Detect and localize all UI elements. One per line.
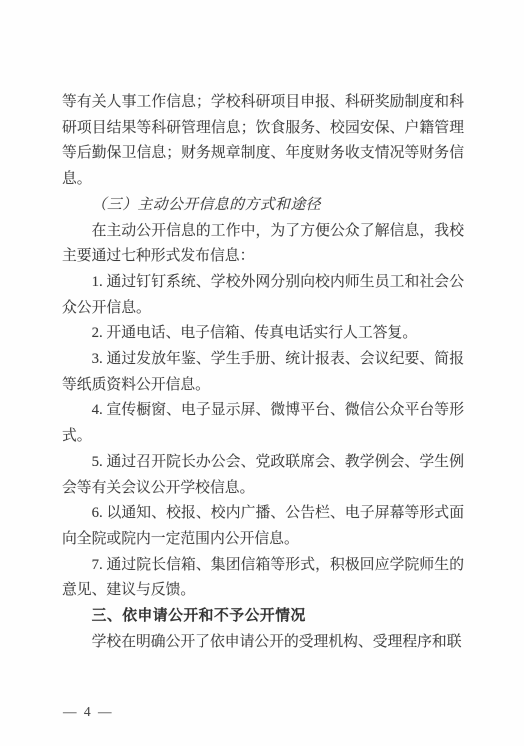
list-item-2: 2. 开通电话、电子信箱、传真电话实行人工答复。 xyxy=(62,321,464,347)
section-heading-three: （三）主动公开信息的方式和途径 xyxy=(62,193,464,219)
list-item-4: 4. 宣传橱窗、电子显示屏、微博平台、微信公众平台等形式。 xyxy=(62,398,464,449)
list-item-3: 3. 通过发放年鉴、学生手册、统计报表、会议纪要、简报等纸质资料公开信息。 xyxy=(62,347,464,398)
paragraph-continuation: 等有关人事工作信息；学校科研项目申报、科研奖励制度和科研项目结果等科研管理信息；… xyxy=(62,90,464,193)
paragraph-last: 学校在明确公开了依申请公开的受理机构、受理程序和联 xyxy=(62,630,464,656)
list-item-5: 5. 通过召开院长办公会、党政联席会、教学例会、学生例会等有关会议公开学校信息。 xyxy=(62,450,464,501)
document-page: 等有关人事工作信息；学校科研项目申报、科研奖励制度和科研项目结果等科研管理信息；… xyxy=(0,0,524,746)
document-text-block: 等有关人事工作信息；学校科研项目申报、科研奖励制度和科研项目结果等科研管理信息；… xyxy=(62,90,464,655)
paragraph-intro: 在主动公开信息的工作中，为了方便公众了解信息，我校主要通过七种形式发布信息： xyxy=(62,219,464,270)
page-number: — 4 — xyxy=(63,704,114,720)
list-item-6: 6. 以通知、校报、校内广播、公告栏、电子屏幕等形式面向全院或院内一定范围内公开… xyxy=(62,501,464,552)
list-item-1: 1. 通过钉钉系统、学校外网分别向校内师生员工和社会公众公开信息。 xyxy=(62,270,464,321)
section-heading-main: 三、依申请公开和不予公开情况 xyxy=(62,604,464,630)
list-item-7: 7. 通过院长信箱、集团信箱等形式，积极回应学院师生的意见、建议与反馈。 xyxy=(62,553,464,604)
